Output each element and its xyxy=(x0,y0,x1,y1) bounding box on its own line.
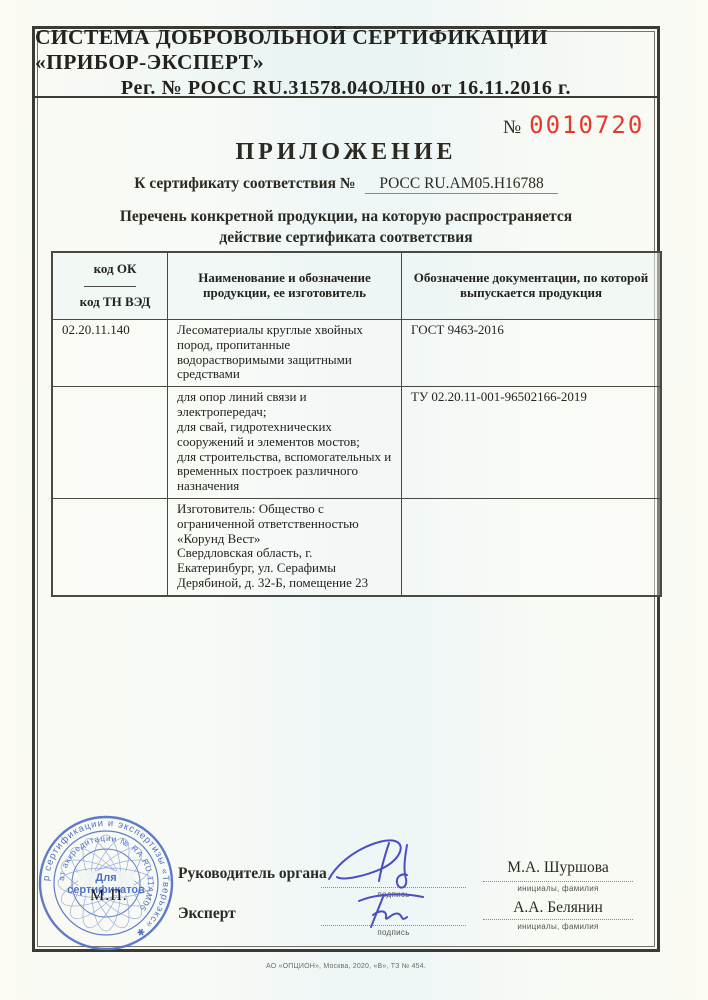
products-list-subtitle: Перечень конкретной продукции, на котору… xyxy=(35,207,657,249)
table-cell-product: для опор линий связи и электропередач; д… xyxy=(168,387,402,499)
expert-name: А.А. Белянин xyxy=(483,899,633,917)
round-stamp-icon: ООО «Центр сертификации и экспертизы «Тв… xyxy=(38,815,174,951)
system-name: СИСТЕМА ДОБРОВОЛЬНОЙ СЕРТИФИКАЦИИ «ПРИБО… xyxy=(35,25,657,75)
stamp-center-line1: Для xyxy=(95,872,116,884)
form-number-value: 0010720 xyxy=(529,111,644,139)
products-table: код ОК код ТН ВЭД Наименование и обознач… xyxy=(51,251,662,597)
certificate-reference-label: К сертификату соответствия № xyxy=(134,175,355,192)
print-house-note: АО «ОПЦИОН», Москва, 2020, «В», ТЗ № 454… xyxy=(35,963,657,970)
table-cell-code: 02.20.11.140 xyxy=(53,320,168,387)
table-row: 02.20.11.140 Лесоматериалы круглые хвойн… xyxy=(53,320,660,387)
certificate-reference-value: РОСС RU.AM05.H16788 xyxy=(365,175,557,194)
table-cell-product: Лесоматериалы круглые хвойных пород, про… xyxy=(168,320,402,387)
head-of-body-name: М.А. Шуршова xyxy=(483,859,633,877)
name-line-head xyxy=(483,881,633,882)
form-number-prefix: № xyxy=(503,117,521,138)
table-cell-product: Изготовитель: Общество с ограниченной от… xyxy=(168,499,402,595)
signature-caption: подпись xyxy=(321,890,466,899)
header-code-tnved: код ТН ВЭД xyxy=(70,287,151,320)
table-cell-code xyxy=(53,387,168,499)
header-cell-doc: Обозначение документации, по которой вып… xyxy=(402,253,660,320)
table-row: для опор линий связи и электропередач; д… xyxy=(53,387,660,499)
certificate-page: СИСТЕМА ДОБРОВОЛЬНОЙ СЕРТИФИКАЦИИ «ПРИБО… xyxy=(0,0,708,1000)
role-head-of-body: Руководитель органа xyxy=(178,865,327,883)
certificate-reference: К сертификату соответствия № РОСС RU.AM0… xyxy=(35,175,657,193)
header-code-ok: код ОК xyxy=(84,253,137,287)
mp-placeholder: М.П. xyxy=(90,887,128,905)
table-row: Изготовитель: Общество с ограниченной от… xyxy=(53,499,660,595)
table-header-row: код ОК код ТН ВЭД Наименование и обознач… xyxy=(53,253,660,320)
table-cell-doc: ТУ 02.20.11-001-96502166-2019 xyxy=(402,387,660,499)
table-cell-doc: ГОСТ 9463-2016 xyxy=(402,320,660,387)
form-number: №0010720 xyxy=(503,111,644,139)
table-cell-code xyxy=(53,499,168,595)
name-line-expert xyxy=(483,919,633,920)
role-expert: Эксперт xyxy=(178,905,236,923)
signature-line-expert xyxy=(321,925,466,926)
header-cell-product: Наименование и обозначение продукции, ее… xyxy=(168,253,402,320)
registration-number: Рег. № РОСС RU.31578.04ОЛН0 от 16.11.201… xyxy=(121,77,571,100)
certification-system-header: СИСТЕМА ДОБРОВОЛЬНОЙ СЕРТИФИКАЦИИ «ПРИБО… xyxy=(35,29,657,98)
document-frame: СИСТЕМА ДОБРОВОЛЬНОЙ СЕРТИФИКАЦИИ «ПРИБО… xyxy=(32,26,660,952)
page-title: ПРИЛОЖЕНИЕ xyxy=(35,139,657,166)
signature-caption: подпись xyxy=(321,928,466,937)
name-caption: инициалы, фамилия xyxy=(483,922,633,931)
name-caption: инициалы, фамилия xyxy=(483,884,633,893)
signature-line-head xyxy=(321,887,466,888)
header-cell-codes: код ОК код ТН ВЭД xyxy=(53,253,168,320)
table-cell-doc xyxy=(402,499,660,595)
